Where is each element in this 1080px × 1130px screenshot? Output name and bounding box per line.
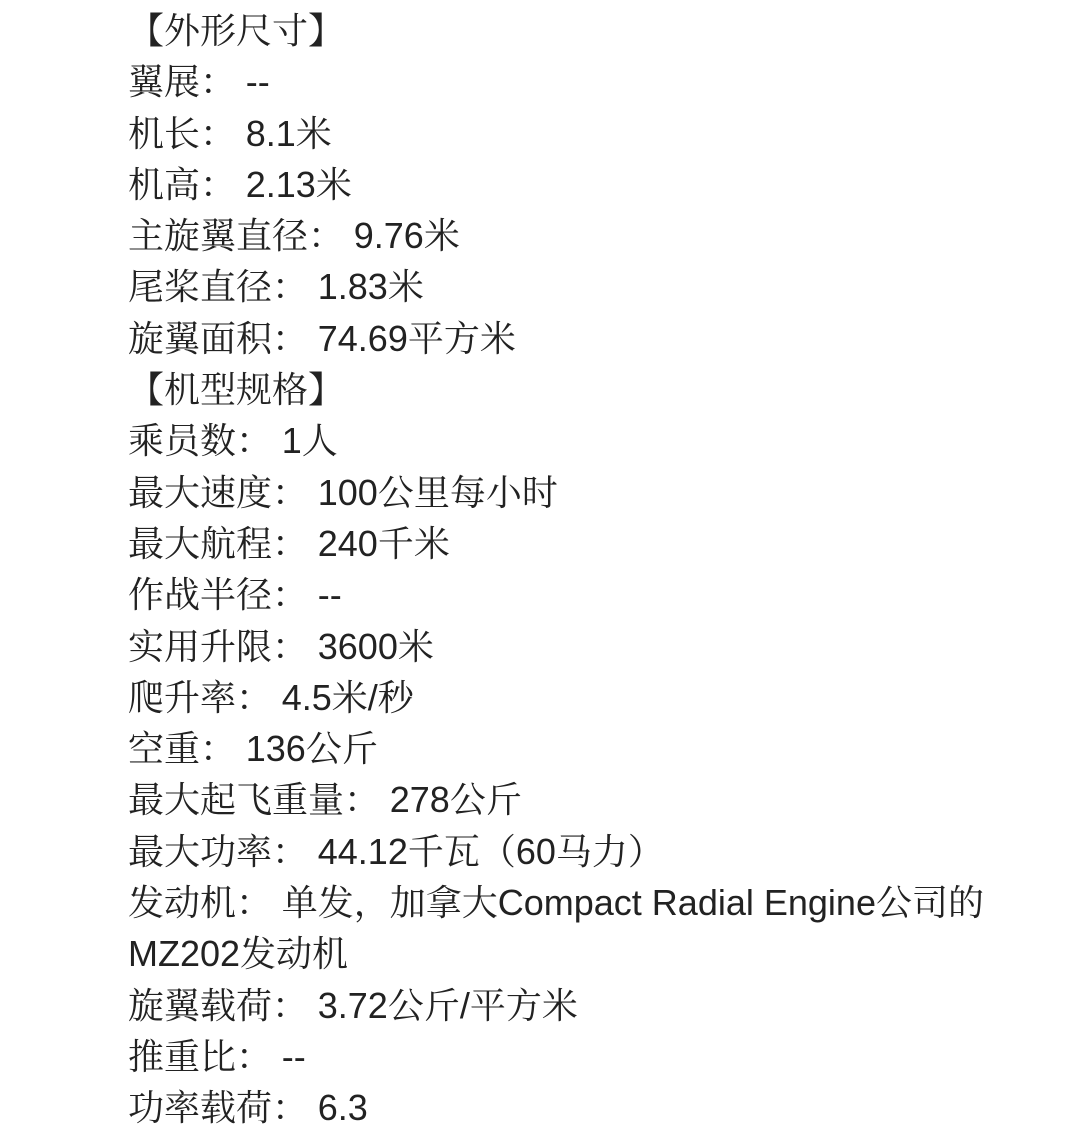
spec-label: 机高 <box>128 164 200 205</box>
spec-label: 最大起飞重量 <box>128 779 344 820</box>
spec-label: 旋翼载荷 <box>128 985 272 1026</box>
spec-row-tail-rotor-diameter: 尾桨直径：1.83米 <box>128 261 1050 312</box>
spec-label: 乘员数 <box>128 420 236 461</box>
spec-label: 旋翼面积 <box>128 318 272 359</box>
spec-value: 3600米 <box>318 626 434 667</box>
spec-separator: ： <box>272 626 318 667</box>
spec-separator: ： <box>200 113 246 154</box>
spec-value: 1人 <box>282 420 338 461</box>
spec-row-fuselage-length: 机长：8.1米 <box>128 108 1050 159</box>
spec-separator: ： <box>272 831 318 872</box>
spec-value: 74.69平方米 <box>318 318 516 359</box>
spec-value: 44.12千瓦（60马力） <box>318 831 664 872</box>
spec-value: 9.76米 <box>354 215 460 256</box>
spec-value: 136公斤 <box>246 728 378 769</box>
spec-separator: ： <box>272 266 318 307</box>
spec-separator: ： <box>272 985 318 1026</box>
spec-value: 100公里每小时 <box>318 472 558 513</box>
spec-value: -- <box>318 574 342 615</box>
spec-label: 发动机 <box>128 882 236 923</box>
spec-separator: ： <box>236 677 282 718</box>
spec-row-service-ceiling: 实用升限：3600米 <box>128 621 1050 672</box>
spec-value: 4.5米/秒 <box>282 677 414 718</box>
spec-label: 推重比 <box>128 1036 236 1077</box>
spec-separator: ： <box>272 574 318 615</box>
spec-row-max-speed: 最大速度：100公里每小时 <box>128 467 1050 518</box>
spec-value: 2.13米 <box>246 164 352 205</box>
spec-label: 尾桨直径 <box>128 266 272 307</box>
spec-value: 240千米 <box>318 523 450 564</box>
spec-row-combat-radius: 作战半径：-- <box>128 569 1050 620</box>
spec-value: -- <box>246 61 270 102</box>
spec-separator: ： <box>308 215 354 256</box>
spec-label: 主旋翼直径 <box>128 215 308 256</box>
spec-value: 6.3 <box>318 1087 368 1128</box>
spec-row-main-rotor-diameter: 主旋翼直径：9.76米 <box>128 210 1050 261</box>
spec-value: 278公斤 <box>390 779 522 820</box>
spec-separator: ： <box>272 523 318 564</box>
spec-row-max-takeoff-weight: 最大起飞重量：278公斤 <box>128 774 1050 825</box>
spec-row-engine: 发动机：单发，加拿大Compact Radial Engine公司的 <box>128 877 1050 928</box>
spec-value: 单发，加拿大Compact Radial Engine公司的 <box>282 882 984 923</box>
spec-label: 实用升限 <box>128 626 272 667</box>
spec-value: 3.72公斤/平方米 <box>318 985 578 1026</box>
spec-label: 最大航程 <box>128 523 272 564</box>
spec-label: 空重 <box>128 728 200 769</box>
spec-separator: ： <box>200 728 246 769</box>
spec-row-power-loading: 功率载荷：6.3 <box>128 1082 1050 1130</box>
spec-separator: ： <box>272 472 318 513</box>
spec-separator: ： <box>200 164 246 205</box>
spec-separator: ： <box>272 1087 318 1128</box>
spec-label: 最大速度 <box>128 472 272 513</box>
spec-value: 1.83米 <box>318 266 424 307</box>
spec-row-max-power: 最大功率：44.12千瓦（60马力） <box>128 826 1050 877</box>
spec-row-rotor-disc-loading: 旋翼载荷：3.72公斤/平方米 <box>128 980 1050 1031</box>
spec-row-wingspan: 翼展：-- <box>128 56 1050 107</box>
section-header-model-specs: 【机型规格】 <box>128 364 1050 415</box>
spec-row-crew-count: 乘员数：1人 <box>128 415 1050 466</box>
spec-separator: ： <box>236 1036 282 1077</box>
spec-separator: ： <box>272 318 318 359</box>
spec-row-empty-weight: 空重：136公斤 <box>128 723 1050 774</box>
spec-separator: ： <box>344 779 390 820</box>
spec-row-climb-rate: 爬升率：4.5米/秒 <box>128 672 1050 723</box>
spec-value: 8.1米 <box>246 113 332 154</box>
spec-label: 爬升率 <box>128 677 236 718</box>
spec-row-max-range: 最大航程：240千米 <box>128 518 1050 569</box>
spec-label: 机长 <box>128 113 200 154</box>
spec-sheet: 【外形尺寸】 翼展：-- 机长：8.1米 机高：2.13米 主旋翼直径：9.76… <box>0 0 1080 1130</box>
spec-separator: ： <box>236 420 282 461</box>
spec-separator: ： <box>200 61 246 102</box>
spec-label: 作战半径 <box>128 574 272 615</box>
spec-separator: ： <box>236 882 282 923</box>
section-header-dimensions: 【外形尺寸】 <box>128 5 1050 56</box>
spec-label: 翼展 <box>128 61 200 102</box>
spec-row-rotor-area: 旋翼面积：74.69平方米 <box>128 313 1050 364</box>
spec-value: MZ202发动机 <box>128 933 348 974</box>
spec-label: 最大功率 <box>128 831 272 872</box>
spec-label: 功率载荷 <box>128 1087 272 1128</box>
spec-value: -- <box>282 1036 306 1077</box>
spec-row-thrust-weight-ratio: 推重比：-- <box>128 1031 1050 1082</box>
spec-row-fuselage-height: 机高：2.13米 <box>128 159 1050 210</box>
spec-row-engine-continued: MZ202发动机 <box>128 928 1050 979</box>
